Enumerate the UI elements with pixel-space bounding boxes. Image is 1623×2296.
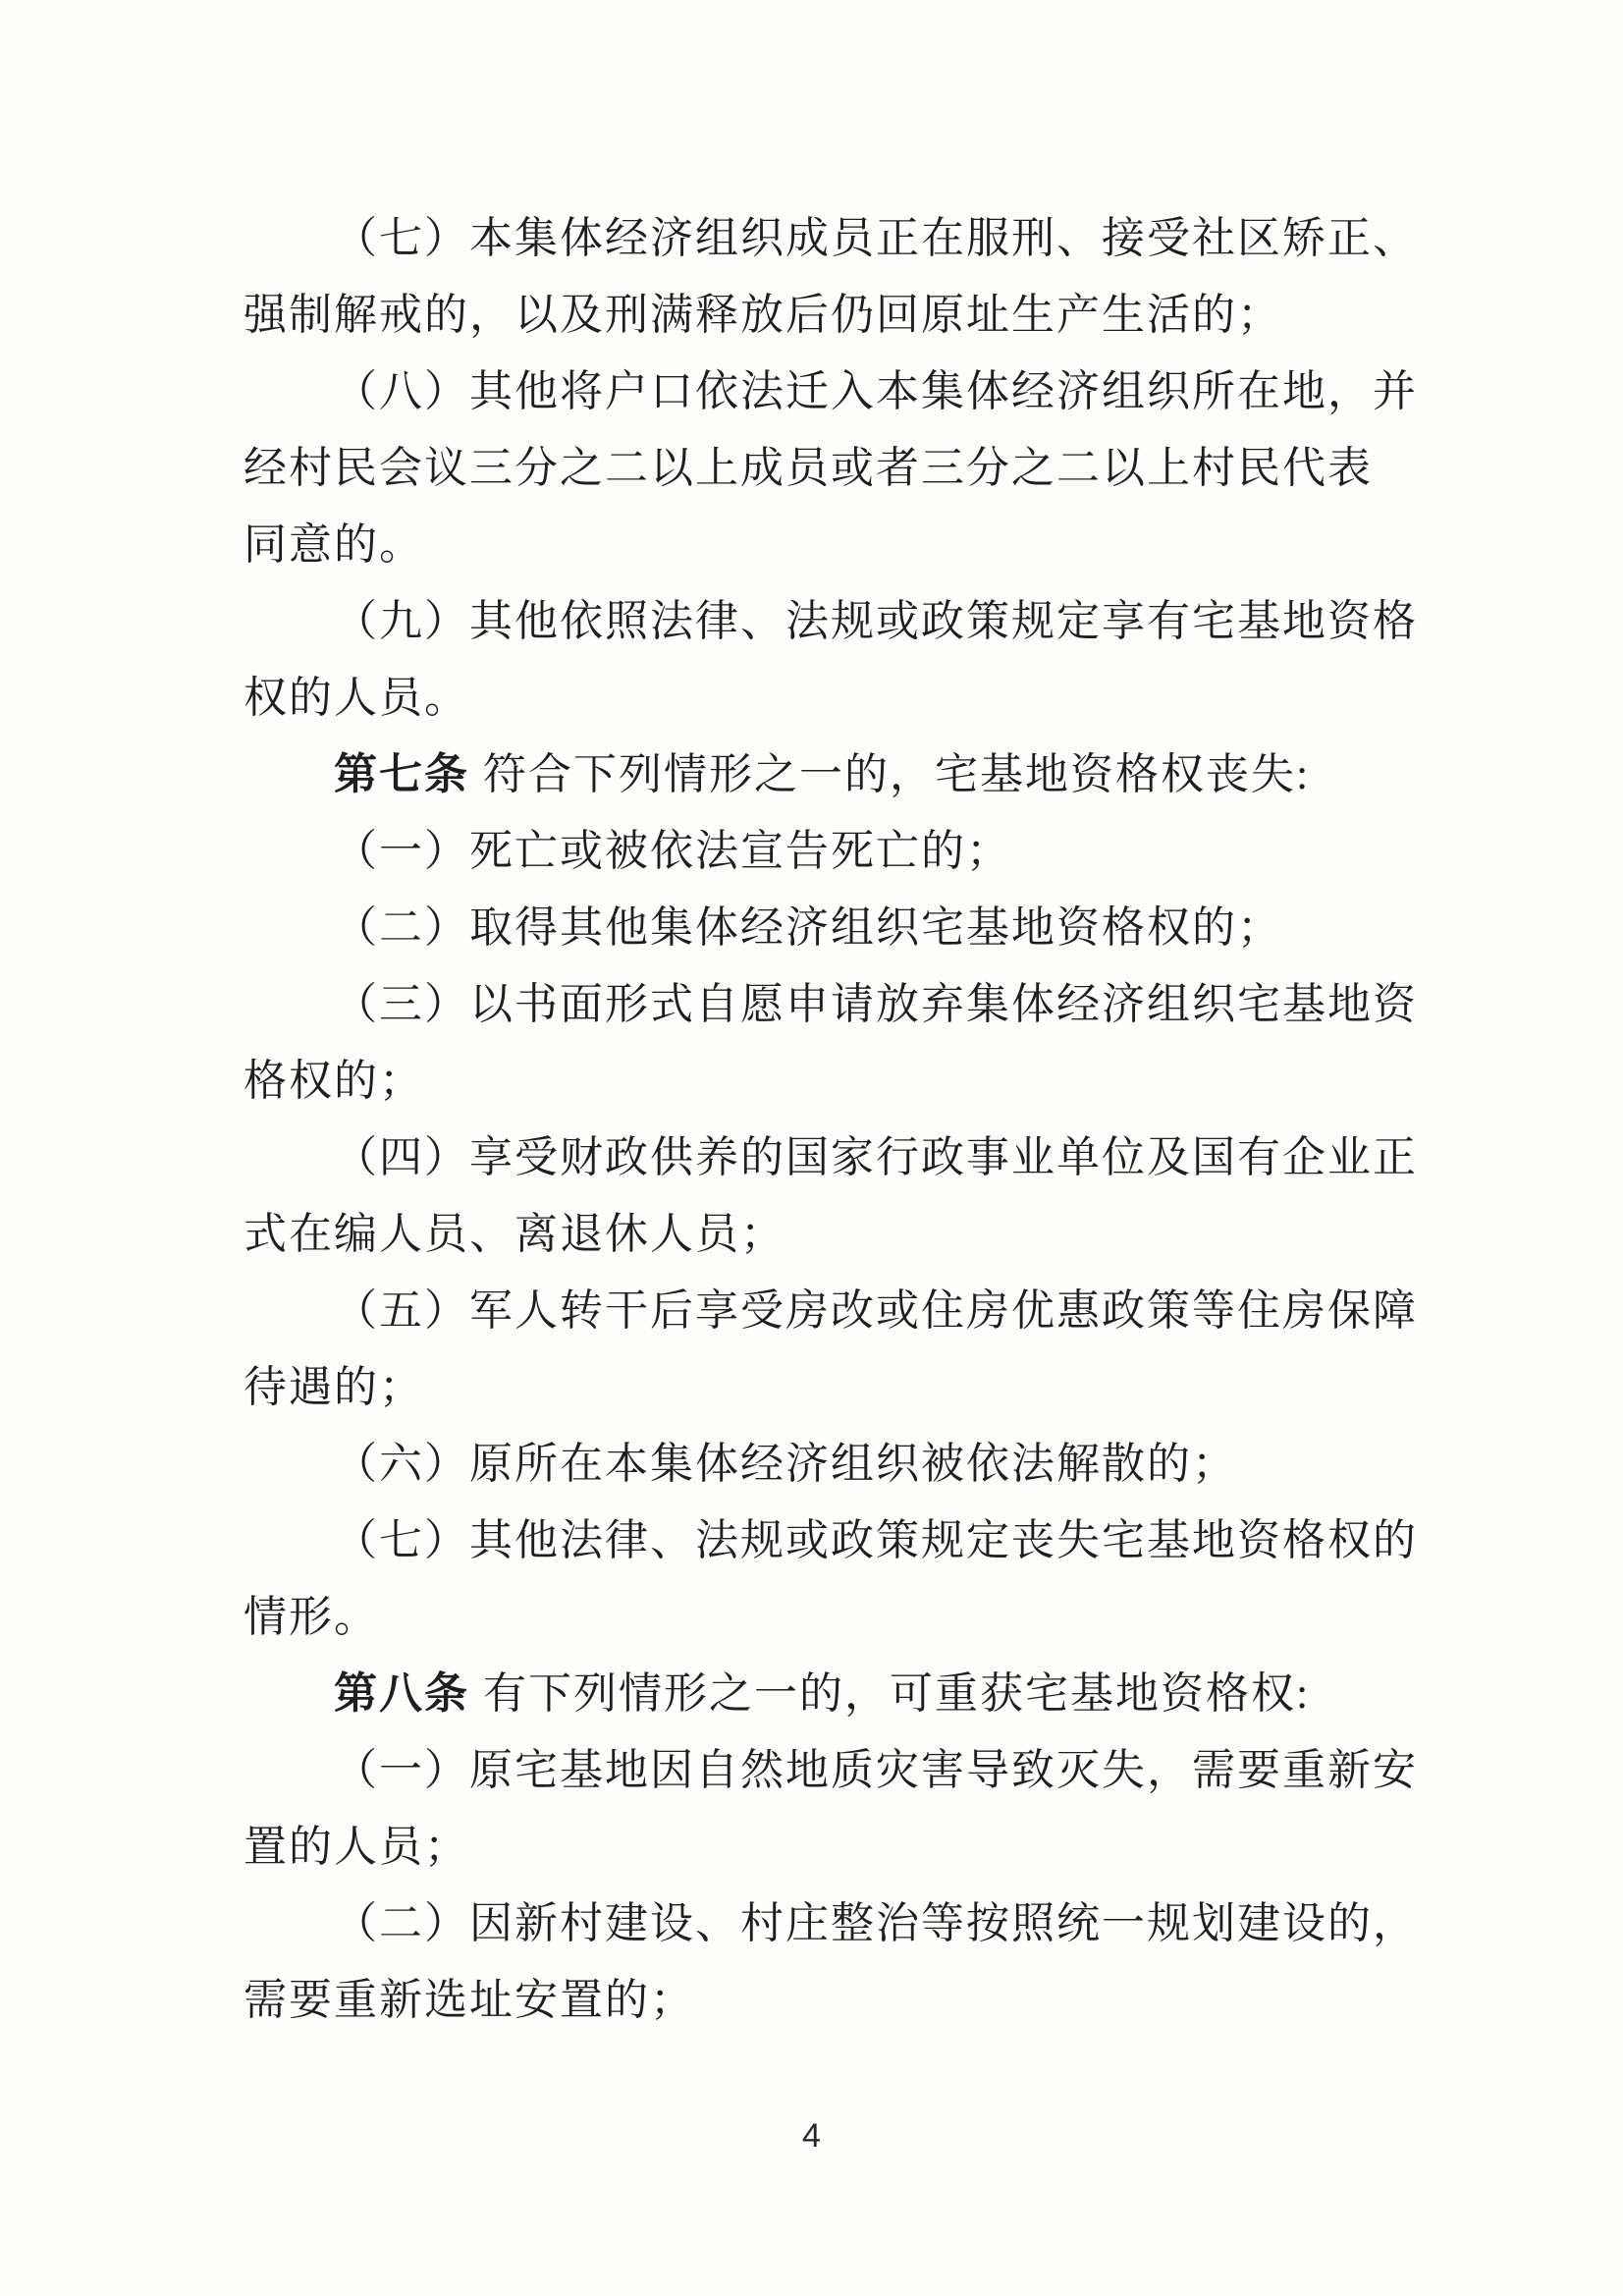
text-line: （三）以书面形式自愿申请放弃集体经济组织宅基地资: [243, 966, 1432, 1043]
text-line: 式在编人员、离退休人员；: [243, 1196, 1432, 1273]
line-text: 待遇的；: [243, 1363, 424, 1411]
text-line: （一）原宅基地因自然地质灾害导致灭失，需要重新安: [243, 1732, 1432, 1809]
line-text: 式在编人员、离退休人员；: [243, 1210, 785, 1258]
text-line: （二）取得其他集体经济组织宅基地资格权的；: [243, 890, 1432, 966]
text-line: 权的人员。: [243, 660, 1432, 737]
line-text: （一）原宅基地因自然地质灾害导致灭失，需要重新安: [334, 1746, 1418, 1794]
article-number: 第七条: [334, 750, 469, 798]
text-line: 待遇的；: [243, 1349, 1432, 1426]
line-text: （七）其他法律、法规或政策规定丧失宅基地资格权的: [334, 1516, 1418, 1564]
text-line: （七）其他法律、法规或政策规定丧失宅基地资格权的: [243, 1503, 1432, 1579]
text-line: 经村民会议三分之二以上成员或者三分之二以上村民代表: [243, 430, 1432, 507]
text-line: （七）本集体经济组织成员正在服刑、接受社区矫正、: [243, 200, 1432, 277]
text-line: 情形。: [243, 1579, 1432, 1656]
line-text: 强制解戒的，以及刑满释放后仍回原址生产生活的；: [243, 291, 1282, 339]
line-text: （一）死亡或被依法宣告死亡的；: [334, 827, 1011, 875]
text-line: （五）军人转干后享受房改或住房优惠政策等住房保障: [243, 1273, 1432, 1349]
line-text: 有下列情形之一的，可重获宅基地资格权:: [483, 1669, 1310, 1718]
text-line: 置的人员；: [243, 1809, 1432, 1886]
line-text: 经村民会议三分之二以上成员或者三分之二以上村民代表: [243, 444, 1373, 492]
line-text: 需要重新选址安置的；: [243, 1976, 695, 2024]
article-heading-line: 第七条符合下列情形之一的，宅基地资格权丧失:: [243, 737, 1432, 813]
line-text: 置的人员；: [243, 1823, 469, 1871]
line-text: 格权的；: [243, 1057, 424, 1105]
line-text: （三）以书面形式自愿申请放弃集体经济组织宅基地资: [334, 980, 1418, 1028]
text-line: 需要重新选址安置的；: [243, 1962, 1432, 2039]
line-text: （六）原所在本集体经济组织被依法解散的；: [334, 1440, 1237, 1488]
line-text: （八）其他将户口依法迁入本集体经济组织所在地，并: [334, 367, 1418, 415]
text-line: 强制解戒的，以及刑满释放后仍回原址生产生活的；: [243, 277, 1432, 354]
page-number: 4: [802, 2117, 821, 2155]
line-text: 同意的。: [243, 520, 424, 569]
page-footer: 4: [0, 2117, 1623, 2156]
text-line: （四）享受财政供养的国家行政事业单位及国有企业正: [243, 1120, 1432, 1196]
text-line: 格权的；: [243, 1043, 1432, 1120]
document-text-block: （七）本集体经济组织成员正在服刑、接受社区矫正、强制解戒的，以及刑满释放后仍回原…: [243, 200, 1432, 2039]
line-text: （九）其他依照法律、法规或政策规定享有宅基地资格: [334, 597, 1418, 645]
line-text: （二）取得其他集体经济组织宅基地资格权的；: [334, 903, 1282, 952]
article-number: 第八条: [334, 1669, 469, 1718]
text-line: （二）因新村建设、村庄整治等按照统一规划建设的，: [243, 1886, 1432, 1962]
line-text: 符合下列情形之一的，宅基地资格权丧失:: [483, 750, 1310, 798]
line-text: （二）因新村建设、村庄整治等按照统一规划建设的，: [334, 1899, 1418, 1947]
text-line: 同意的。: [243, 507, 1432, 583]
line-text: （七）本集体经济组织成员正在服刑、接受社区矫正、: [334, 214, 1418, 262]
scanned-document-page: （七）本集体经济组织成员正在服刑、接受社区矫正、强制解戒的，以及刑满释放后仍回原…: [0, 0, 1623, 2296]
line-text: （五）军人转干后享受房改或住房优惠政策等住房保障: [334, 1286, 1418, 1335]
line-text: （四）享受财政供养的国家行政事业单位及国有企业正: [334, 1133, 1418, 1181]
line-text: 权的人员。: [243, 674, 469, 722]
text-line: （六）原所在本集体经济组织被依法解散的；: [243, 1426, 1432, 1503]
article-heading-line: 第八条有下列情形之一的，可重获宅基地资格权:: [243, 1656, 1432, 1732]
text-line: （一）死亡或被依法宣告死亡的；: [243, 813, 1432, 890]
text-line: （九）其他依照法律、法规或政策规定享有宅基地资格: [243, 583, 1432, 660]
line-text: 情形。: [243, 1593, 379, 1641]
text-line: （八）其他将户口依法迁入本集体经济组织所在地，并: [243, 354, 1432, 430]
